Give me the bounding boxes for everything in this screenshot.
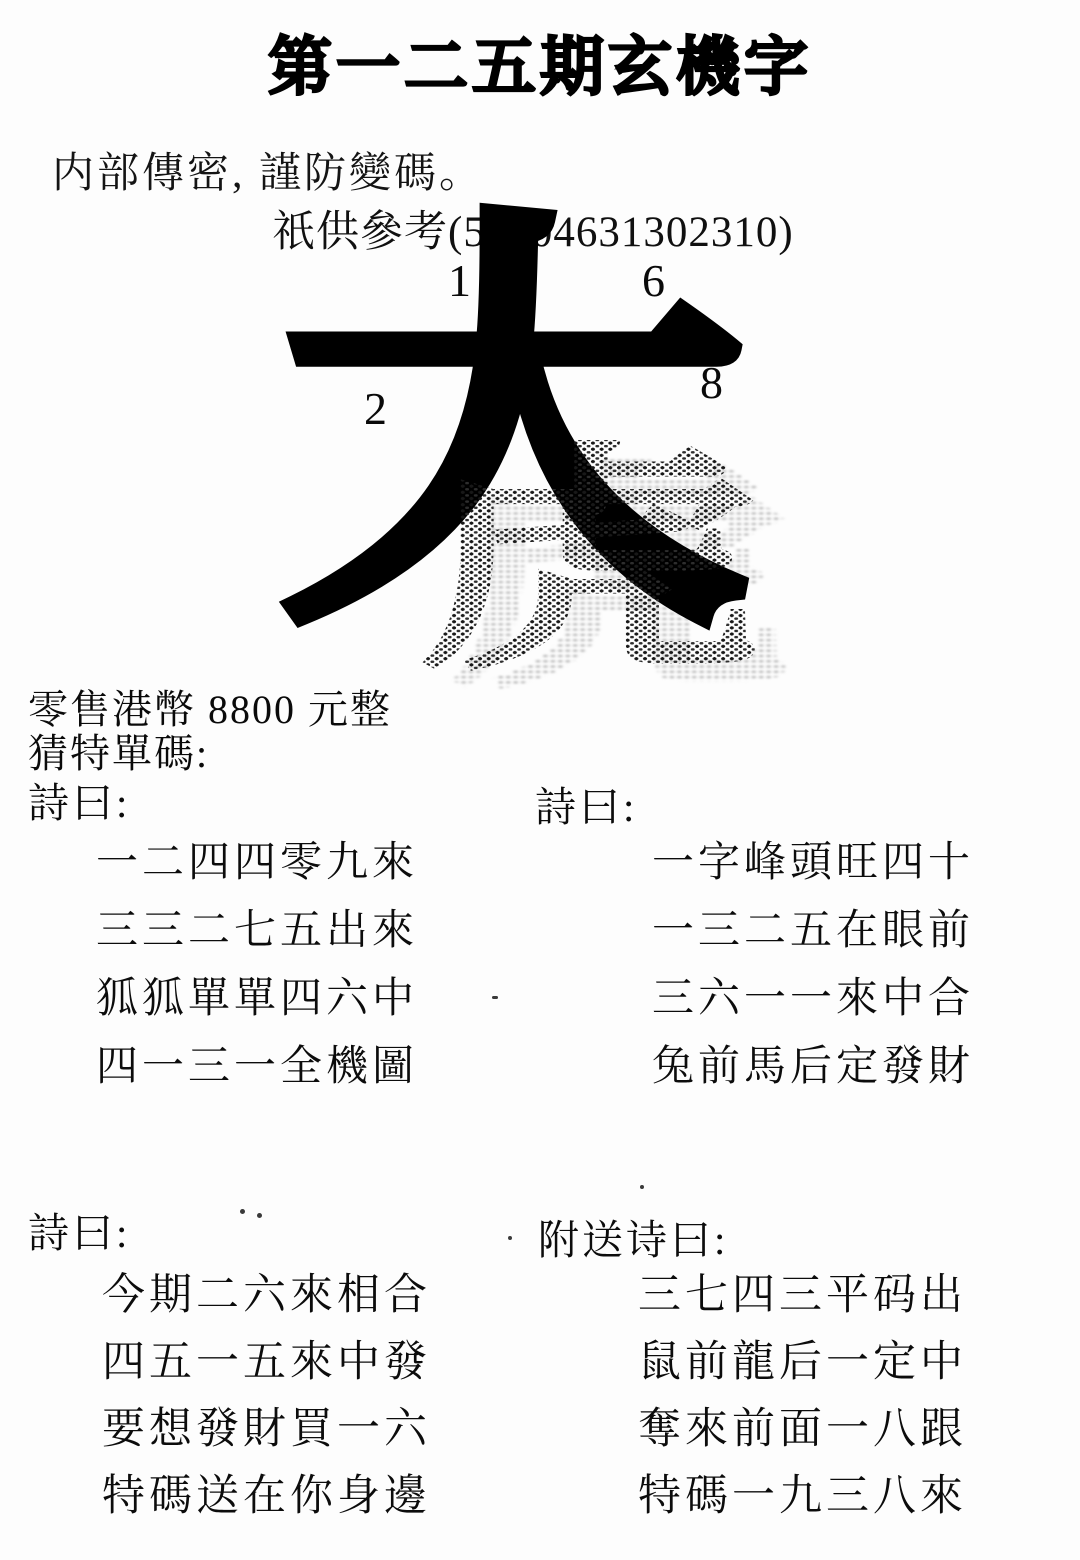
tiger-character: 虎 bbox=[415, 440, 762, 686]
scan-speck bbox=[640, 1185, 644, 1189]
poem-line: 特碼一九三八來 bbox=[638, 1475, 967, 1518]
poem-line: 要想發財買一六 bbox=[102, 1408, 431, 1451]
notice-line: 内部傳密, 謹防變碼。 bbox=[52, 140, 484, 200]
poem-line: 狐狐單單四六中 bbox=[96, 978, 418, 1021]
poem-line: 一字峰頭旺四十 bbox=[652, 842, 974, 885]
page-title: 第一二五期玄機字 bbox=[0, 16, 1080, 108]
lottery-tip-sheet-page: 第一二五期玄機字 内部傳密, 謹防變碼。 祇供參考(56204631302310… bbox=[0, 0, 1080, 1560]
mystery-character-figure: 1 6 2 8 虎 大 虎 bbox=[260, 250, 820, 690]
poem-top-left: 一二四四零九來 三三二七五出來 狐狐單單四六中 四一三一全機圖 bbox=[96, 842, 418, 1089]
poem-line: 今期二六來相合 bbox=[102, 1274, 431, 1317]
poem-line: 一二四四零九來 bbox=[96, 842, 418, 885]
scan-speck bbox=[508, 1236, 512, 1240]
poem-bottom-right: 三七四三平码出 鼠前龍后一定中 奪來前面一八跟 特碼一九三八來 bbox=[638, 1274, 967, 1518]
poem-line: 一三二五在眼前 bbox=[652, 910, 974, 953]
poem-line: 三七四三平码出 bbox=[638, 1274, 967, 1317]
poem-line: 四五一五來中發 bbox=[102, 1341, 431, 1384]
scan-speck bbox=[492, 996, 498, 999]
poem-top-right: 一字峰頭旺四十 一三二五在眼前 三六一一來中合 兔前馬后定發財 bbox=[652, 842, 974, 1089]
scan-speck bbox=[257, 1213, 262, 1218]
poem-line: 特碼送在你身邊 bbox=[102, 1475, 431, 1518]
poem-line: 奪來前面一八跟 bbox=[638, 1408, 967, 1451]
poem-line: 三六一一來中合 bbox=[652, 978, 974, 1021]
poem-header-top-right: 詩曰: bbox=[535, 774, 637, 833]
scan-speck bbox=[240, 1209, 245, 1214]
poem-bottom-left: 今期二六來相合 四五一五來中發 要想發財買一六 特碼送在你身邊 bbox=[102, 1274, 431, 1518]
poem-header-bottom-left: 詩曰: bbox=[28, 1200, 130, 1259]
poem-header-bottom-right: 附送诗曰: bbox=[538, 1207, 728, 1266]
poem-line: 三三二七五出來 bbox=[96, 910, 418, 953]
poem-header-top-left: 詩曰: bbox=[28, 770, 130, 829]
poem-line: 四一三一全機圖 bbox=[96, 1046, 418, 1089]
poem-line: 兔前馬后定發財 bbox=[652, 1046, 974, 1089]
poem-line: 鼠前龍后一定中 bbox=[638, 1341, 967, 1384]
